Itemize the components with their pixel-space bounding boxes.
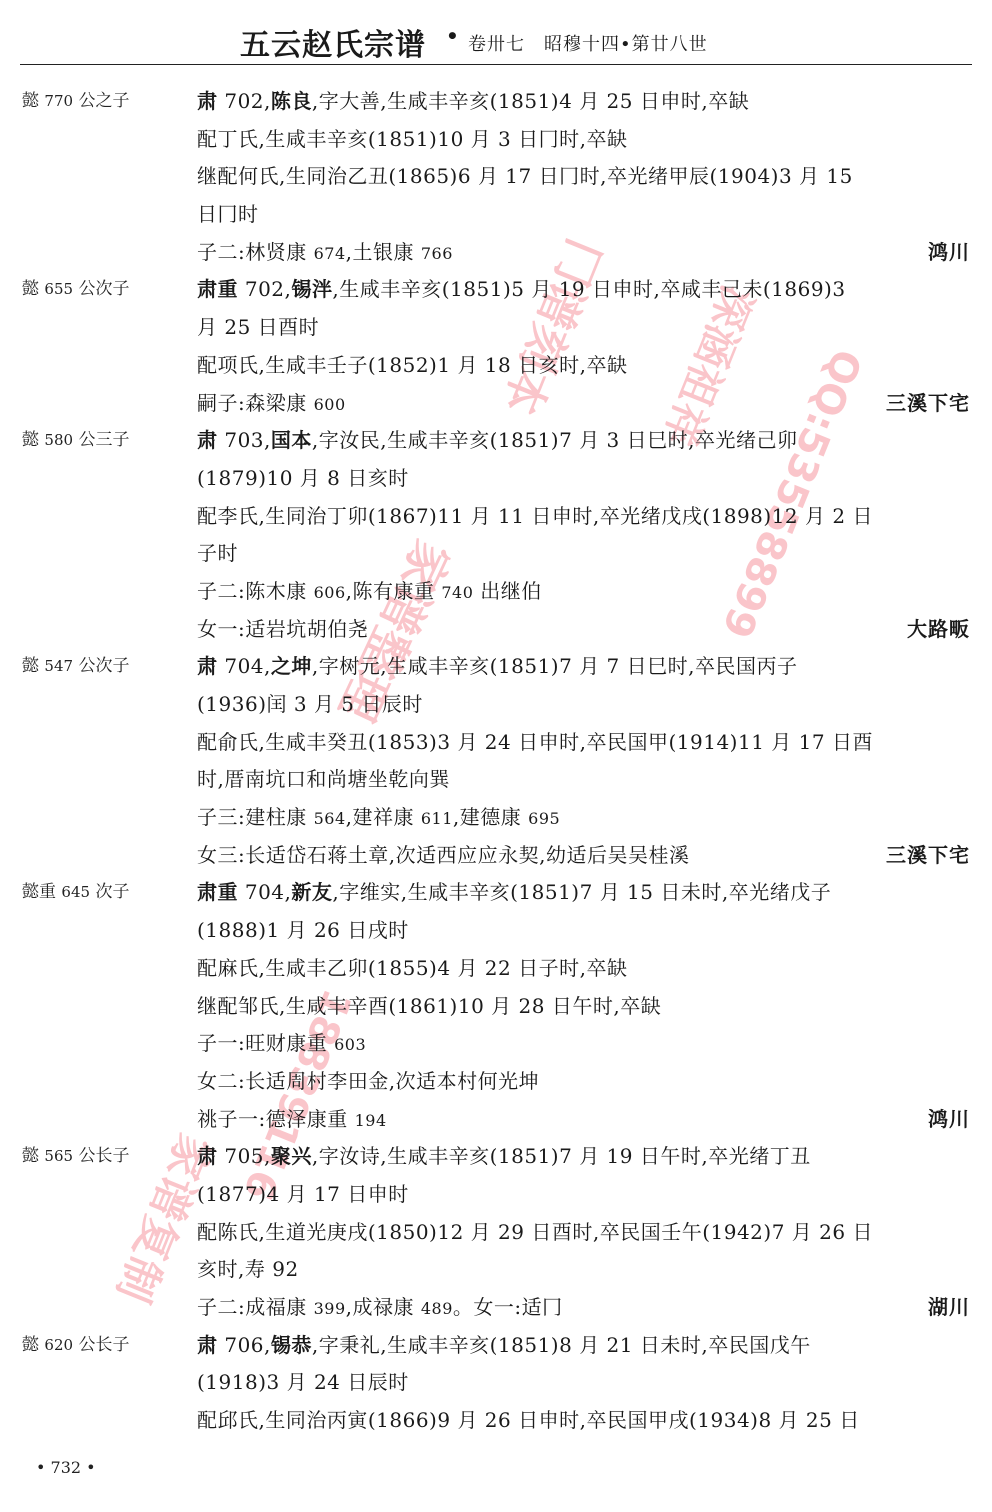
text-segment: 子二:陈木康 bbox=[197, 579, 314, 603]
text-segment: 继配何氏,生同治乙丑(1865)6 月 17 日冂时,卒光绪甲辰(1904)3 … bbox=[197, 164, 853, 188]
entry-line: 子二:成福康 399,成禄康 489。女一:适冂湖川 bbox=[0, 1289, 992, 1327]
entry-line: 配陈氏,生道光庚戌(1850)12 月 29 日酉时,卒民国壬午(1942)7 … bbox=[0, 1214, 992, 1252]
page-number: • 732 • bbox=[36, 1458, 96, 1477]
entry-line: 懿重 645 次子肃重 704,新友,字维实,生咸丰辛亥(1851)7 月 15… bbox=[0, 874, 992, 912]
entry-line: 继配邹氏,生咸丰辛酉(1861)10 月 28 日午时,卒缺 bbox=[0, 988, 992, 1026]
text-segment: 706, bbox=[218, 1333, 271, 1357]
text-segment: 子一:旺财康重 bbox=[197, 1031, 334, 1055]
entry-text: 配李氏,生同治丁卯(1867)11 月 11 日申时,卒光绪戊戌(1898)12… bbox=[197, 498, 873, 536]
title-separator: • bbox=[446, 24, 459, 48]
entry-text: (1918)3 月 24 日辰时 bbox=[197, 1364, 409, 1402]
text-segment: 配俞氏,生咸丰癸丑(1853)3 月 24 日申时,卒民国甲(1914)11 月… bbox=[197, 730, 873, 754]
volume-subtitle: 卷卅七 昭穆十四•第廿八世 bbox=[468, 30, 708, 56]
entry-text: 女一:适岩坑胡伯尧 bbox=[197, 611, 368, 649]
entry-text: 配项氏,生咸丰壬子(1852)1 月 18 日亥时,卒缺 bbox=[197, 347, 627, 385]
text-segment: 子二:成福康 bbox=[197, 1295, 314, 1319]
parent-generation-char: 懿 bbox=[22, 1146, 39, 1166]
parent-relation: 公长子 bbox=[78, 1146, 129, 1166]
parent-reference: 懿 547 公次子 bbox=[22, 648, 129, 686]
entry-text: 配麻氏,生咸丰乙卯(1855)4 月 22 日子时,卒缺 bbox=[197, 950, 627, 988]
text-segment: 嗣子:森梁康 bbox=[197, 391, 314, 415]
entry-text: 子二:成福康 399,成禄康 489。女一:适冂 bbox=[197, 1289, 563, 1328]
person-name: 肃 bbox=[197, 654, 218, 678]
parent-number: 645 bbox=[61, 883, 90, 901]
text-segment: ,字维实,生咸丰辛亥(1851)7 月 15 日未时,卒光绪戊子 bbox=[332, 880, 831, 904]
parent-number: 580 bbox=[44, 431, 73, 449]
parent-reference: 懿 580 公三子 bbox=[22, 422, 129, 460]
parent-number: 620 bbox=[44, 1336, 73, 1354]
entry-line: 懿 620 公长子肃 706,锡恭,字秉礼,生咸丰辛亥(1851)8 月 21 … bbox=[0, 1327, 992, 1365]
book-title: 五云赵氏宗谱 bbox=[240, 20, 426, 64]
text-segment: (1877)4 月 17 日申时 bbox=[197, 1182, 409, 1206]
text-segment: 705, bbox=[218, 1144, 271, 1168]
person-name: 肃重 bbox=[197, 880, 238, 904]
entry-text: (1879)10 月 8 日亥时 bbox=[197, 460, 409, 498]
entry-text: 肃 705,聚兴,字汝诗,生咸丰辛亥(1851)7 月 19 日午时,卒光绪丁丑 bbox=[197, 1138, 811, 1176]
entry-line: 懿 565 公长子肃 705,聚兴,字汝诗,生咸丰辛亥(1851)7 月 19 … bbox=[0, 1138, 992, 1176]
genealogy-entry: 懿 620 公长子肃 706,锡恭,字秉礼,生咸丰辛亥(1851)8 月 21 … bbox=[0, 1327, 992, 1440]
entry-text: 配邱氏,生同治丙寅(1866)9 月 26 日申时,卒民国甲戌(1934)8 月… bbox=[197, 1402, 860, 1440]
entry-text: 肃重 704,新友,字维实,生咸丰辛亥(1851)7 月 15 日未时,卒光绪戊… bbox=[197, 874, 831, 912]
person-id-number: 603 bbox=[334, 1035, 366, 1054]
person-name: 陈良 bbox=[271, 89, 312, 113]
entry-text: 时,厝南坑口和尚塘坐乾向巽 bbox=[197, 761, 450, 799]
text-segment: ,生咸丰辛亥(1851)5 月 19 日申时,卒咸丰己未(1869)3 bbox=[332, 277, 845, 301]
genealogy-entry: 懿 770 公之子肃 702,陈良,字大善,生咸丰辛亥(1851)4 月 25 … bbox=[0, 83, 992, 271]
parent-reference: 懿 565 公长子 bbox=[22, 1138, 129, 1176]
parent-number: 655 bbox=[44, 280, 73, 298]
entry-line: 子时 bbox=[0, 535, 992, 573]
parent-relation: 公之子 bbox=[78, 91, 129, 111]
entry-text: 子二:陈木康 606,陈有康重 740 出继伯 bbox=[197, 573, 542, 612]
parent-relation: 公次子 bbox=[78, 279, 129, 299]
text-segment: 子时 bbox=[197, 541, 238, 565]
text-segment: 703, bbox=[218, 428, 271, 452]
text-segment: 女二:长适周村李田金,次适本村何光坤 bbox=[197, 1069, 539, 1093]
entry-text: 继配何氏,生同治乙丑(1865)6 月 17 日冂时,卒光绪甲辰(1904)3 … bbox=[197, 158, 853, 196]
person-name: 聚兴 bbox=[271, 1144, 312, 1168]
parent-reference: 懿 770 公之子 bbox=[22, 83, 129, 121]
entry-line: 女一:适岩坑胡伯尧大路畈 bbox=[0, 611, 992, 649]
text-segment: ,陈有康重 bbox=[346, 579, 442, 603]
entry-line: 懿 655 公次子肃重 702,锡泮,生咸丰辛亥(1851)5 月 19 日申时… bbox=[0, 271, 992, 309]
entry-line: 配邱氏,生同治丙寅(1866)9 月 26 日申时,卒民国甲戌(1934)8 月… bbox=[0, 1402, 992, 1440]
entry-text: 女三:长适岱石蒋土章,次适西应应永契,幼适后吴吴桂溪 bbox=[197, 837, 689, 875]
entry-text: 子三:建柱康 564,建祥康 611,建德康 695 bbox=[197, 799, 560, 838]
entry-line: 祧子一:德泽康重 194鸿川 bbox=[0, 1101, 992, 1139]
header-rule bbox=[20, 64, 972, 65]
entry-line: (1936)闰 3 月 5 日辰时 bbox=[0, 686, 992, 724]
entry-text: 配俞氏,生咸丰癸丑(1853)3 月 24 日申时,卒民国甲(1914)11 月… bbox=[197, 724, 873, 762]
person-id-number: 489 bbox=[421, 1299, 453, 1318]
text-segment: 配项氏,生咸丰壬子(1852)1 月 18 日亥时,卒缺 bbox=[197, 353, 627, 377]
parent-generation-char: 懿 bbox=[22, 656, 39, 676]
person-id-number: 611 bbox=[421, 809, 453, 828]
person-name: 肃重 bbox=[197, 277, 238, 301]
text-segment: 祧子一:德泽康重 bbox=[197, 1107, 355, 1131]
parent-reference: 懿 620 公长子 bbox=[22, 1327, 129, 1365]
text-segment: ,建祥康 bbox=[346, 805, 421, 829]
entry-line: 子二:陈木康 606,陈有康重 740 出继伯 bbox=[0, 573, 992, 611]
text-segment: 月 25 日酉时 bbox=[197, 315, 319, 339]
entry-text: 祧子一:德泽康重 194 bbox=[197, 1101, 387, 1140]
entry-line: 子一:旺财康重 603 bbox=[0, 1025, 992, 1063]
person-name: 国本 bbox=[271, 428, 312, 452]
entry-line: 子二:林贤康 674,土银康 766鸿川 bbox=[0, 234, 992, 272]
entry-line: (1888)1 月 26 日戌时 bbox=[0, 912, 992, 950]
genealogy-entry: 懿 655 公次子肃重 702,锡泮,生咸丰辛亥(1851)5 月 19 日申时… bbox=[0, 271, 992, 422]
text-segment: 配陈氏,生道光庚戌(1850)12 月 29 日酉时,卒民国壬午(1942)7 … bbox=[197, 1220, 873, 1244]
entry-text: 亥时,寿 92 bbox=[197, 1251, 299, 1289]
entry-line: (1918)3 月 24 日辰时 bbox=[0, 1364, 992, 1402]
person-name: 肃 bbox=[197, 1333, 218, 1357]
entry-line: 女二:长适周村李田金,次适本村何光坤 bbox=[0, 1063, 992, 1101]
entry-line: 嗣子:森梁康 600三溪下宅 bbox=[0, 385, 992, 423]
text-segment: 继配邹氏,生咸丰辛酉(1861)10 月 28 日午时,卒缺 bbox=[197, 994, 661, 1018]
text-segment: 702, bbox=[218, 89, 271, 113]
text-segment: ,土银康 bbox=[346, 240, 421, 264]
residence-location: 鸿川 bbox=[928, 1101, 970, 1139]
person-name: 肃 bbox=[197, 1144, 218, 1168]
parent-generation-char: 懿 bbox=[22, 279, 39, 299]
entry-line: 配俞氏,生咸丰癸丑(1853)3 月 24 日申时,卒民国甲(1914)11 月… bbox=[0, 724, 992, 762]
text-segment: ,字汝民,生咸丰辛亥(1851)7 月 3 日巳时,卒光绪己卯 bbox=[312, 428, 798, 452]
text-segment: 702, bbox=[238, 277, 291, 301]
text-segment: 配麻氏,生咸丰乙卯(1855)4 月 22 日子时,卒缺 bbox=[197, 956, 627, 980]
text-segment: 日冂时 bbox=[197, 202, 259, 226]
entry-line: 配李氏,生同治丁卯(1867)11 月 11 日申时,卒光绪戊戌(1898)12… bbox=[0, 498, 992, 536]
text-segment: ,建德康 bbox=[453, 805, 528, 829]
parent-generation-char: 懿 bbox=[22, 91, 39, 111]
entry-text: 配陈氏,生道光庚戌(1850)12 月 29 日酉时,卒民国壬午(1942)7 … bbox=[197, 1214, 873, 1252]
entry-line: (1877)4 月 17 日申时 bbox=[0, 1176, 992, 1214]
parent-reference: 懿 655 公次子 bbox=[22, 271, 129, 309]
person-name: 锡泮 bbox=[291, 277, 332, 301]
text-segment: ,字汝诗,生咸丰辛亥(1851)7 月 19 日午时,卒光绪丁丑 bbox=[312, 1144, 811, 1168]
person-name: 锡恭 bbox=[271, 1333, 312, 1357]
text-segment: 704, bbox=[238, 880, 291, 904]
text-segment: 配李氏,生同治丁卯(1867)11 月 11 日申时,卒光绪戊戌(1898)12… bbox=[197, 504, 873, 528]
person-id-number: 606 bbox=[314, 583, 346, 602]
text-segment: (1888)1 月 26 日戌时 bbox=[197, 918, 409, 942]
entry-line: 懿 580 公三子肃 703,国本,字汝民,生咸丰辛亥(1851)7 月 3 日… bbox=[0, 422, 992, 460]
parent-number: 565 bbox=[44, 1147, 73, 1165]
residence-location: 湖川 bbox=[928, 1289, 970, 1327]
person-id-number: 740 bbox=[441, 583, 473, 602]
entry-text: 子二:林贤康 674,土银康 766 bbox=[197, 234, 453, 273]
entry-text: 肃 702,陈良,字大善,生咸丰辛亥(1851)4 月 25 日申时,卒缺 bbox=[197, 83, 749, 121]
entry-line: 配丁氏,生咸丰辛亥(1851)10 月 3 日冂时,卒缺 bbox=[0, 121, 992, 159]
person-id-number: 194 bbox=[355, 1111, 387, 1130]
text-segment: 出继伯 bbox=[473, 579, 541, 603]
text-segment: 704, bbox=[218, 654, 271, 678]
genealogy-entry: 懿 580 公三子肃 703,国本,字汝民,生咸丰辛亥(1851)7 月 3 日… bbox=[0, 422, 992, 648]
parent-relation: 公三子 bbox=[78, 430, 129, 450]
person-id-number: 674 bbox=[314, 244, 346, 263]
person-id-number: 766 bbox=[421, 244, 453, 263]
text-segment: ,字树元,生咸丰辛亥(1851)7 月 7 日巳时,卒民国丙子 bbox=[312, 654, 798, 678]
text-segment: 女一:适岩坑胡伯尧 bbox=[197, 617, 368, 641]
entry-text: 子时 bbox=[197, 535, 238, 573]
entry-text: 肃 703,国本,字汝民,生咸丰辛亥(1851)7 月 3 日巳时,卒光绪己卯 bbox=[197, 422, 798, 460]
person-id-number: 564 bbox=[314, 809, 346, 828]
parent-generation-char: 懿 bbox=[22, 1335, 39, 1355]
genealogy-entry: 懿重 645 次子肃重 704,新友,字维实,生咸丰辛亥(1851)7 月 15… bbox=[0, 874, 992, 1138]
person-name: 新友 bbox=[291, 880, 332, 904]
text-segment: ,字大善,生咸丰辛亥(1851)4 月 25 日申时,卒缺 bbox=[312, 89, 749, 113]
parent-relation: 公长子 bbox=[78, 1335, 129, 1355]
entry-text: 子一:旺财康重 603 bbox=[197, 1025, 366, 1064]
entry-text: (1877)4 月 17 日申时 bbox=[197, 1176, 409, 1214]
person-id-number: 695 bbox=[528, 809, 560, 828]
person-name: 之坤 bbox=[271, 654, 312, 678]
entry-line: 亥时,寿 92 bbox=[0, 1251, 992, 1289]
entry-line: 子三:建柱康 564,建祥康 611,建德康 695 bbox=[0, 799, 992, 837]
entry-line: 懿 770 公之子肃 702,陈良,字大善,生咸丰辛亥(1851)4 月 25 … bbox=[0, 83, 992, 121]
residence-location: 三溪下宅 bbox=[886, 837, 970, 875]
entry-text: 女二:长适周村李田金,次适本村何光坤 bbox=[197, 1063, 539, 1101]
parent-relation: 次子 bbox=[95, 882, 129, 902]
residence-location: 三溪下宅 bbox=[886, 385, 970, 423]
entry-line: 时,厝南坑口和尚塘坐乾向巽 bbox=[0, 761, 992, 799]
person-name: 肃 bbox=[197, 428, 218, 452]
entry-line: 女三:长适岱石蒋土章,次适西应应永契,幼适后吴吴桂溪三溪下宅 bbox=[0, 837, 992, 875]
residence-location: 鸿川 bbox=[928, 234, 970, 272]
entry-line: 配麻氏,生咸丰乙卯(1855)4 月 22 日子时,卒缺 bbox=[0, 950, 992, 988]
text-segment: (1879)10 月 8 日亥时 bbox=[197, 466, 409, 490]
text-segment: ,字秉礼,生咸丰辛亥(1851)8 月 21 日未时,卒民国戊午 bbox=[312, 1333, 811, 1357]
person-id-number: 399 bbox=[314, 1299, 346, 1318]
parent-generation-char: 懿重 bbox=[22, 882, 56, 902]
entry-text: (1888)1 月 26 日戌时 bbox=[197, 912, 409, 950]
page-header: 五云赵氏宗谱 • 卷卅七 昭穆十四•第廿八世 bbox=[0, 14, 992, 62]
parent-generation-char: 懿 bbox=[22, 430, 39, 450]
entry-text: 配丁氏,生咸丰辛亥(1851)10 月 3 日冂时,卒缺 bbox=[197, 121, 627, 159]
entry-line: 日冂时 bbox=[0, 196, 992, 234]
genealogy-entries: 懿 770 公之子肃 702,陈良,字大善,生咸丰辛亥(1851)4 月 25 … bbox=[0, 83, 992, 1440]
text-segment: 。女一:适冂 bbox=[453, 1295, 563, 1319]
entry-text: 日冂时 bbox=[197, 196, 259, 234]
entry-text: 肃 706,锡恭,字秉礼,生咸丰辛亥(1851)8 月 21 日未时,卒民国戊午 bbox=[197, 1327, 811, 1365]
entry-text: 肃 704,之坤,字树元,生咸丰辛亥(1851)7 月 7 日巳时,卒民国丙子 bbox=[197, 648, 798, 686]
genealogy-entry: 懿 565 公长子肃 705,聚兴,字汝诗,生咸丰辛亥(1851)7 月 19 … bbox=[0, 1138, 992, 1326]
text-segment: 配丁氏,生咸丰辛亥(1851)10 月 3 日冂时,卒缺 bbox=[197, 127, 627, 151]
text-segment: 女三:长适岱石蒋土章,次适西应应永契,幼适后吴吴桂溪 bbox=[197, 843, 689, 867]
text-segment: 亥时,寿 92 bbox=[197, 1257, 299, 1281]
parent-relation: 公次子 bbox=[78, 656, 129, 676]
entry-line: 配项氏,生咸丰壬子(1852)1 月 18 日亥时,卒缺 bbox=[0, 347, 992, 385]
residence-location: 大路畈 bbox=[907, 611, 970, 649]
genealogy-entry: 懿 547 公次子肃 704,之坤,字树元,生咸丰辛亥(1851)7 月 7 日… bbox=[0, 648, 992, 874]
text-segment: 子三:建柱康 bbox=[197, 805, 314, 829]
text-segment: 时,厝南坑口和尚塘坐乾向巽 bbox=[197, 767, 450, 791]
entry-text: 月 25 日酉时 bbox=[197, 309, 319, 347]
entry-text: 嗣子:森梁康 600 bbox=[197, 385, 346, 424]
person-id-number: 600 bbox=[314, 395, 346, 414]
entry-line: 月 25 日酉时 bbox=[0, 309, 992, 347]
parent-number: 770 bbox=[44, 92, 73, 110]
entry-text: 继配邹氏,生咸丰辛酉(1861)10 月 28 日午时,卒缺 bbox=[197, 988, 661, 1026]
person-name: 肃 bbox=[197, 89, 218, 113]
text-segment: (1918)3 月 24 日辰时 bbox=[197, 1370, 409, 1394]
entry-text: 肃重 702,锡泮,生咸丰辛亥(1851)5 月 19 日申时,卒咸丰己未(18… bbox=[197, 271, 846, 309]
entry-line: 懿 547 公次子肃 704,之坤,字树元,生咸丰辛亥(1851)7 月 7 日… bbox=[0, 648, 992, 686]
text-segment: (1936)闰 3 月 5 日辰时 bbox=[197, 692, 423, 716]
text-segment: 配邱氏,生同治丙寅(1866)9 月 26 日申时,卒民国甲戌(1934)8 月… bbox=[197, 1408, 860, 1432]
text-segment: 子二:林贤康 bbox=[197, 240, 314, 264]
parent-number: 547 bbox=[44, 657, 73, 675]
entry-line: (1879)10 月 8 日亥时 bbox=[0, 460, 992, 498]
text-segment: ,成禄康 bbox=[346, 1295, 421, 1319]
parent-reference: 懿重 645 次子 bbox=[22, 874, 129, 912]
entry-line: 继配何氏,生同治乙丑(1865)6 月 17 日冂时,卒光绪甲辰(1904)3 … bbox=[0, 158, 992, 196]
entry-text: (1936)闰 3 月 5 日辰时 bbox=[197, 686, 423, 724]
